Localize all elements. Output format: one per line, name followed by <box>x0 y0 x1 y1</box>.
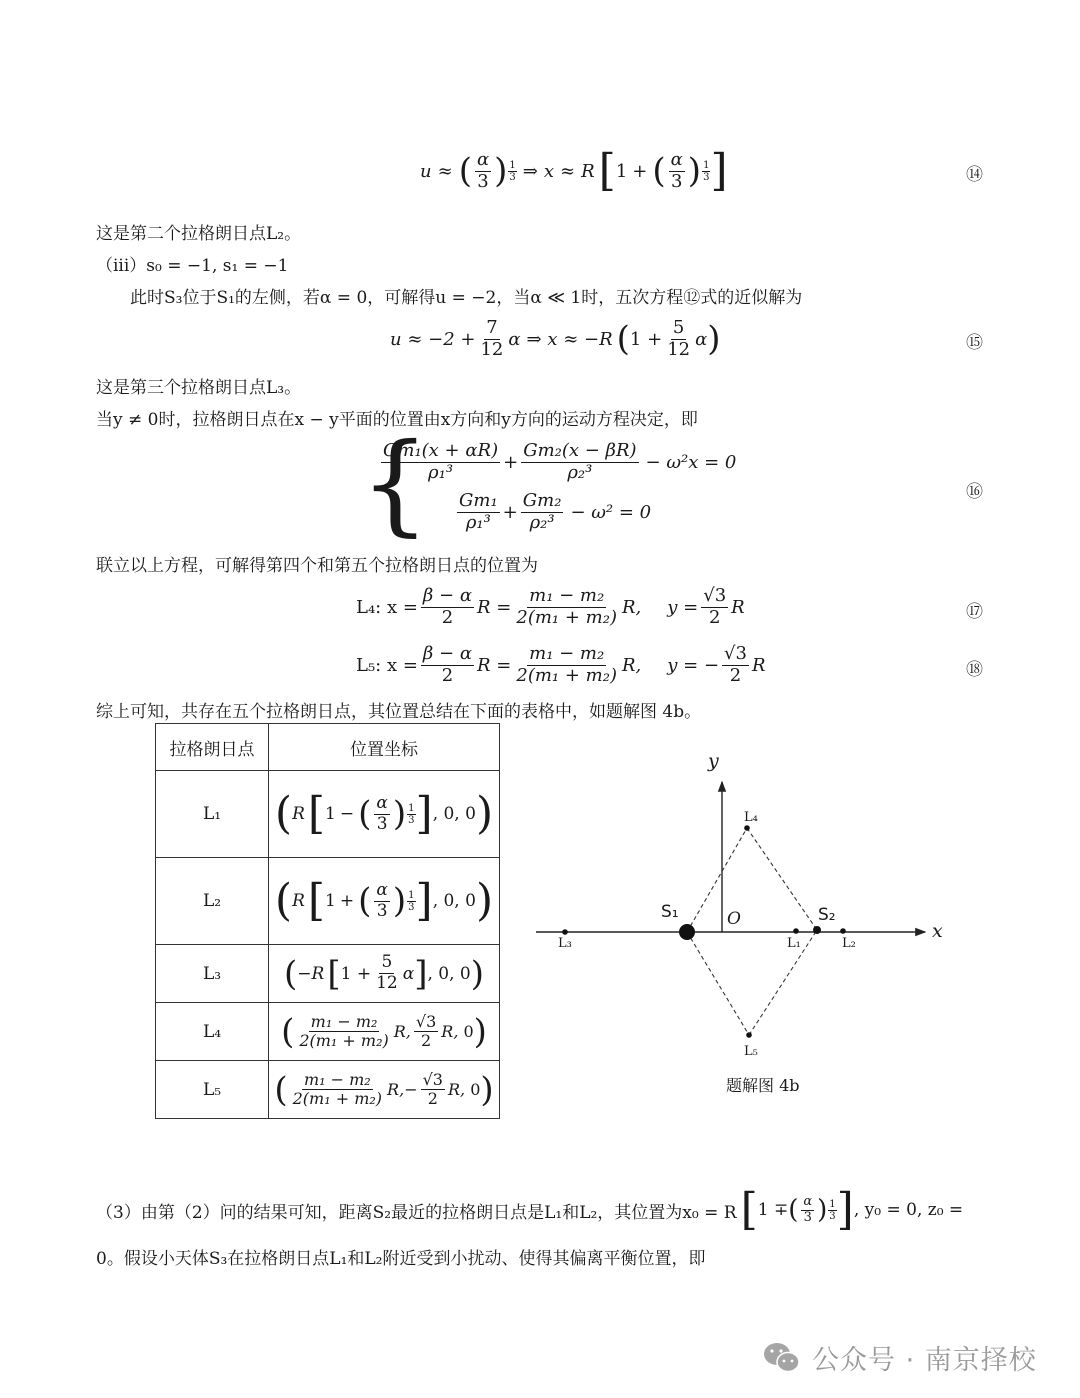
var-alpha: α <box>508 329 520 350</box>
paragraph-summary: 综上可知，共存在五个拉格朗日点，其位置总结在下面的表格中，如题解图 4b。 <box>96 697 701 722</box>
equation-number-18: ⑱ <box>966 655 983 680</box>
table-header-row: 拉格朗日点 位置坐标 <box>156 724 500 771</box>
lagrange-points-table: 拉格朗日点 位置坐标 L₁ (R[ 1− (α3) 13 ], 0, 0) L₂… <box>155 723 500 1119</box>
l1-point-icon <box>793 928 799 934</box>
cell-coordinate: ( m₁ − m₂2(m₁ + m₂) R,− √32 R, 0) <box>269 1061 500 1119</box>
eq15-inner: 1 + <box>630 329 662 350</box>
var-R: R <box>581 161 595 182</box>
figure-caption: 题解图 4b <box>726 1073 800 1096</box>
paragraph-case-iii-description: 此时S₃位于S₁的左侧，若α = 0，可解得u = −2，当α ≪ 1时，五次方… <box>130 283 802 308</box>
implies-sign: ⇒ <box>523 161 538 182</box>
eq15-implies: ⇒ x ≈ −R <box>527 329 613 350</box>
paragraph-l3: 这是第三个拉格朗日点L₃。 <box>96 373 301 398</box>
table-row: L₃ (−R[ 1 + 512 α], 0, 0) <box>156 945 500 1003</box>
paragraph-l4-l5-intro: 联立以上方程，可解得第四个和第五个拉格朗日点的位置为 <box>96 551 538 576</box>
s2-mass-icon <box>813 926 821 934</box>
cell-point: L₁ <box>156 771 269 858</box>
l4-label: L₄ <box>744 810 758 825</box>
l1-label: L₁ <box>787 936 801 951</box>
plus-sign: + <box>632 161 647 182</box>
eq15-lhs: u ≈ −2 + <box>390 329 475 350</box>
equation-17: L₄: x = β − α2 R = m₁ − m₂2(m₁ + m₂) R, … <box>356 580 745 634</box>
origin-label: O <box>727 909 741 929</box>
table-row: L₂ (R[ 1+ (α3) 13 ], 0, 0) <box>156 858 500 945</box>
table-row: L₁ (R[ 1− (α3) 13 ], 0, 0) <box>156 771 500 858</box>
paragraph-part3-line2: 0。假设小天体S₃在拉格朗日点L₁和L₂附近受到小扰动、使得其偏离平衡位置，即 <box>96 1244 705 1269</box>
l3-label: L₃ <box>558 936 572 951</box>
s2-label: S₂ <box>818 905 836 925</box>
part3-text-a: （3）由第（2）问的结果可知，距离S₂最近的拉格朗日点是L₁和L₂，其位置为x₀… <box>96 1198 737 1223</box>
cell-point: L₂ <box>156 858 269 945</box>
equation-15: u ≈ −2 + 712 α ⇒ x ≈ −R ( 1 + 512 α ) <box>390 314 721 364</box>
l4-point-icon <box>744 825 750 831</box>
s1-mass-icon <box>679 924 695 940</box>
paragraph-part3: （3）由第（2）问的结果可知，距离S₂最近的拉格朗日点是L₁和L₂，其位置为x₀… <box>96 1188 963 1232</box>
equation-18: L₅: x = β − α2 R = m₁ − m₂2(m₁ + m₂) R, … <box>356 638 766 692</box>
wechat-icon <box>762 1341 802 1375</box>
cell-coordinate: (−R[ 1 + 512 α], 0, 0) <box>269 945 500 1003</box>
l5-point-icon <box>746 1032 752 1038</box>
y-axis-label: y <box>708 750 719 772</box>
equation-number-14: ⑭ <box>966 160 983 185</box>
table-row: L₅ ( m₁ − m₂2(m₁ + m₂) R,− √32 R, 0) <box>156 1061 500 1119</box>
paragraph-case-iii: （iii）s₀ = −1, s₁ = −1 <box>96 251 288 276</box>
l2-label: L₂ <box>842 936 856 951</box>
l3-point-icon <box>562 929 568 935</box>
cell-coordinate: (R[ 1+ (α3) 13 ], 0, 0) <box>269 858 500 945</box>
alpha-over-3: α3 <box>475 150 491 192</box>
var-x: x <box>544 161 554 182</box>
l5-label: L₅ <box>744 1044 758 1059</box>
equation-16-row-2: Gm₁ρ₁³ + Gm₂ρ₂³ − ω² = 0 <box>454 486 651 538</box>
paragraph-l2: 这是第二个拉格朗日点L₂。 <box>96 219 301 244</box>
header-point: 拉格朗日点 <box>156 724 269 771</box>
equation-number-15: ⑮ <box>966 328 983 353</box>
part3-text-b: , y₀ = 0, z₀ = <box>854 1200 963 1220</box>
figure-4b: y x O S₁ S₂ L₃ L₁ L₂ L₄ L₅ 题解图 4b <box>530 740 960 1100</box>
exponent-one-third: 13 <box>508 160 516 183</box>
one: 1 <box>616 161 627 182</box>
equation-number-17: ⑰ <box>966 597 983 622</box>
watermark-text: 公众号 · 南京择校 <box>812 1338 1037 1377</box>
equation-number-16: ⑯ <box>966 477 983 502</box>
approx-sign: ≈ <box>438 161 453 182</box>
cell-point: L₃ <box>156 945 269 1003</box>
part3-inner: 1 ∓ <box>758 1200 788 1220</box>
var-u: u <box>420 161 432 182</box>
table-row: L₄ ( m₁ − m₂2(m₁ + m₂) R, √32 R, 0) <box>156 1003 500 1061</box>
watermark: 公众号 · 南京择校 <box>762 1338 1037 1377</box>
cell-coordinate: (R[ 1− (α3) 13 ], 0, 0) <box>269 771 500 858</box>
s1-label: S₁ <box>661 902 679 922</box>
cell-point: L₅ <box>156 1061 269 1119</box>
equation-16-row-1: Gm₁(x + αR)ρ₁³ + Gm₂(x − βR)ρ₂³ − ω²x = … <box>378 436 736 488</box>
l2-point-icon <box>840 928 846 934</box>
x-axis-label: x <box>932 920 943 942</box>
cell-coordinate: ( m₁ − m₂2(m₁ + m₂) R, √32 R, 0) <box>269 1003 500 1061</box>
equation-14: u ≈ ( α3 ) 13 ⇒ x ≈ R [ 1 + ( α3 ) 13 ] <box>420 140 728 202</box>
approx-sign: ≈ <box>560 161 575 182</box>
header-coordinates: 位置坐标 <box>269 724 500 771</box>
cell-point: L₄ <box>156 1003 269 1061</box>
